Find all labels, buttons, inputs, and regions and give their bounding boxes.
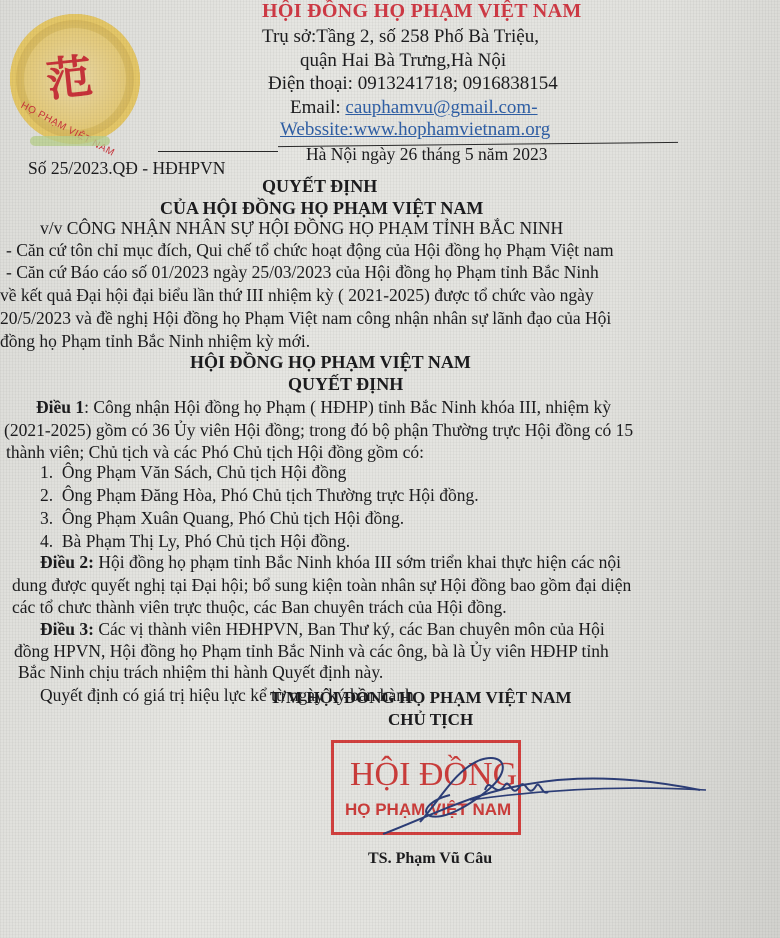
title-decision: QUYẾT ĐỊNH	[262, 176, 377, 197]
article-2-label: Điều 2:	[40, 552, 94, 572]
preamble-line: - Căn cứ Báo cáo số 01/2023 ngày 25/03/2…	[6, 262, 599, 283]
on-behalf-label: T/M HỘI ĐỒNG HỌ PHẠM VIỆT NAM	[270, 688, 572, 708]
website-link[interactable]: Webssite:www.hophamvietnam.org	[280, 119, 550, 141]
article-3-line: Điều 3: Các vị thành viên HĐHPVN, Ban Th…	[40, 619, 605, 640]
article-1-line: thành viên; Chủ tịch và các Phó Chủ tịch…	[6, 442, 424, 463]
member-item: 1. Ông Phạm Văn Sách, Chủ tịch Hội đồng	[40, 462, 346, 483]
preamble-line: đồng họ Phạm tỉnh Bắc Ninh nhiệm kỳ mới.	[0, 331, 310, 352]
preamble-line: - Căn cứ tôn chỉ mục đích, Qui chế tổ ch…	[6, 240, 614, 261]
phone-line: Điện thoại: 0913241718; 0916838154	[268, 73, 558, 95]
decision-heading-title: QUYẾT ĐỊNH	[288, 374, 403, 395]
member-item: 3. Ông Phạm Xuân Quang, Phó Chủ tịch Hội…	[40, 508, 404, 529]
article-2-line: Điều 2: Hội đồng họ phạm tỉnh Bắc Ninh k…	[40, 552, 621, 573]
org-name: HỘI ĐỒNG HỌ PHẠM VIỆT NAM	[262, 0, 582, 23]
address-line-2: quận Hai Bà Trưng,Hà Nội	[300, 50, 506, 72]
signer-name: TS. Phạm Vũ Câu	[368, 850, 492, 868]
article-3-label: Điều 3:	[40, 619, 94, 639]
email-label: Email:	[290, 97, 345, 118]
article-1-line: Điều 1: Công nhận Hội đồng họ Phạm ( HĐH…	[36, 397, 611, 418]
document-page: 范 HỌ PHẠM VIỆT NAM HỘI ĐỒNG HỌ PHẠM VIỆT…	[0, 0, 780, 938]
logo-ribbon	[30, 136, 110, 146]
article-1-label: Điều 1	[36, 397, 84, 417]
member-item: 4. Bà Phạm Thị Ly, Phó Chủ tịch Hội đồng…	[40, 531, 350, 552]
title-subject: v/v CÔNG NHẬN NHÂN SỰ HỘI ĐỒNG HỌ PHẠM T…	[40, 218, 563, 239]
article-2-line: các tổ chưc thành viên trực thuộc, các B…	[12, 597, 507, 618]
decision-heading-org: HỘI ĐỒNG HỌ PHẠM VIỆT NAM	[190, 352, 471, 373]
preamble-line: 20/5/2023 và đề nghị Hội đồng họ Phạm Vi…	[0, 308, 611, 329]
document-number: Số 25/2023.QĐ - HĐHPVN	[28, 158, 225, 179]
stamp-text-line-1: HỘI ĐỒNG	[350, 756, 517, 794]
preamble-line: về kết quả Đại hội đại biểu lần thứ III …	[0, 285, 594, 306]
address-line-1: Trụ sở:Tầng 2, số 258 Phố Bà Triệu,	[262, 26, 539, 48]
issue-date: Hà Nội ngày 26 tháng 5 năm 2023	[306, 144, 548, 165]
member-item: 2. Ông Phạm Đăng Hòa, Phó Chủ tịch Thườn…	[40, 485, 479, 506]
logo-character: 范	[43, 40, 96, 110]
article-2-line: dung được quyết nghị tại Đại hội; bổ sun…	[12, 575, 631, 596]
email-line: Email: cauphamvu@gmail.com-	[290, 97, 538, 119]
title-issuer: CỦA HỘI ĐỒNG HỌ PHẠM VIỆT NAM	[160, 198, 483, 219]
article-1-line: (2021-2025) gồm có 36 Ủy viên Hội đồng; …	[4, 420, 633, 441]
position-label: CHỦ TỊCH	[388, 710, 473, 730]
stamp-text-line-2: HỌ PHẠM VIỆT NAM	[345, 800, 511, 820]
article-3-line: đồng HPVN, Hội đồng họ Phạm tỉnh Bắc Nin…	[14, 641, 609, 662]
number-divider	[158, 151, 278, 152]
article-3-line: Bắc Ninh chịu trách nhiệm thi hành Quyết…	[18, 662, 383, 683]
email-link[interactable]: cauphamvu@gmail.com-	[345, 97, 537, 118]
